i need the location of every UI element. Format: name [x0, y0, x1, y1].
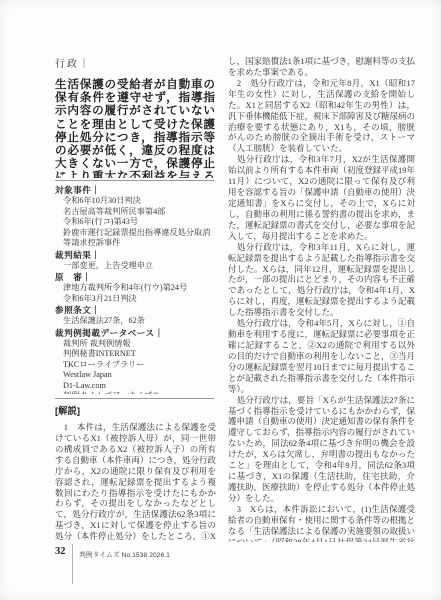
- journal-page: 行政｜ 生活保護の受給者が自動車の保有条件を遵守せず，指導指示内容の履行がされて…: [0, 0, 441, 600]
- footer-divider: [72, 544, 73, 584]
- commentary-paragraph: 処分行政庁は，要旨「Xらが生活保護法27条に基づく指導指示を受けているにもかかわ…: [228, 395, 415, 504]
- metadata-block: 対象事件｜ 令和6年10月30日判決 名古屋高等裁判所民事第4部 令和6年(行コ…: [55, 184, 217, 394]
- metadata-label: 原 審｜: [55, 272, 217, 283]
- metadata-item: 津地方裁判所令和4年(行ウ)第24号: [63, 283, 217, 294]
- metadata-item: 令和6年3月21日判決: [63, 294, 217, 305]
- commentary-right-column: し，国家賠償法1条1項に基づき，慰謝料等の支払を求めた事案である。 2 処分行政…: [228, 56, 415, 542]
- metadata-item: 判例タイムズアーカイブス: [63, 391, 217, 394]
- metadata-item: 判例秘書INTERNET: [63, 349, 217, 360]
- metadata-top-rule: [55, 180, 214, 181]
- metadata-item: 生活保護法27条，62条: [63, 316, 217, 327]
- metadata-item: 令和6年10月30日判決: [63, 196, 217, 207]
- commentary-paragraph: 処分行政庁は，令和3年7月，X2が生活保護開始以前より所有する本件車両（初度登録…: [228, 154, 415, 241]
- metadata-item: 令和6年(行コ)第43号: [63, 217, 217, 228]
- commentary-paragraph: 2 処分行政庁は，令和元年8月，X1（昭和17年生の女性）に対し，生活保護の支給…: [228, 78, 415, 154]
- commentary-paragraph: 3 Xらは，本件訴訟において，(1)生活保護受給者の自動車保有・使用に関する条件…: [228, 504, 415, 542]
- metadata-section-lower-court: 原 審｜ 津地方裁判所令和4年(行ウ)第24号 令和6年3月21日判決: [55, 272, 217, 304]
- metadata-item: 一部変更，上告受理申立: [63, 261, 217, 272]
- metadata-label: 裁判例掲載データベース｜: [55, 328, 217, 339]
- metadata-label: 裁判結果｜: [55, 250, 217, 261]
- commentary-paragraph: 処分行政庁は，令和3年11月，Xらに対し，運転記録票を提出するよう記載した指導指…: [228, 242, 415, 318]
- commentary-top-rule: [55, 398, 214, 399]
- metadata-item: TKCローライブラリー: [63, 360, 217, 371]
- case-headline: 生活保護の受給者が自動車の保有条件を遵守せず，指導指示内容の履行がされていないこ…: [55, 78, 215, 178]
- category-label: 行政｜: [55, 55, 91, 70]
- metadata-label: 対象事件｜: [55, 185, 217, 196]
- commentary-heading: [解説]: [55, 403, 80, 417]
- metadata-item: 裁判所 裁判例情報: [63, 339, 217, 350]
- metadata-item: 鈴鹿市運行記録票提出指導違反処分取消等請求控訴事件: [63, 228, 217, 249]
- commentary-left-column: 1 本件は，生活保護法による保護を受けているX1（被控訴人母）が，同一世帯の構成…: [55, 422, 216, 542]
- metadata-item: D1-Law.com: [63, 381, 217, 392]
- metadata-section-statutes: 参照条文｜ 生活保護法27条，62条: [55, 305, 217, 327]
- metadata-section-case: 対象事件｜ 令和6年10月30日判決 名古屋高等裁判所民事第4部 令和6年(行コ…: [55, 185, 217, 249]
- commentary-paragraph: し，国家賠償法1条1項に基づき，慰謝料等の支払を求めた事案である。: [228, 56, 415, 78]
- footer-journal-ref: 判例タイムズ No.1538 2026.1: [79, 549, 170, 559]
- metadata-section-result: 裁判結果｜ 一部変更，上告受理申立: [55, 250, 217, 272]
- commentary-paragraph: 処分行政庁は，令和4年5月，Xらに対し，①自動車を利用する度に，運転記録票に必要…: [228, 318, 415, 394]
- metadata-item: Westlaw Japan: [63, 370, 217, 381]
- commentary-paragraph: 1 本件は，生活保護法による保護を受けているX1（被控訴人母）が，同一世帯の構成…: [55, 422, 216, 542]
- metadata-label: 参照条文｜: [55, 305, 217, 316]
- footer-page-number: 32: [55, 546, 66, 557]
- metadata-section-databases: 裁判例掲載データベース｜ 裁判所 裁判例情報 判例秘書INTERNET TKCロ…: [55, 328, 217, 395]
- metadata-item: 名古屋高等裁判所民事第4部: [63, 207, 217, 218]
